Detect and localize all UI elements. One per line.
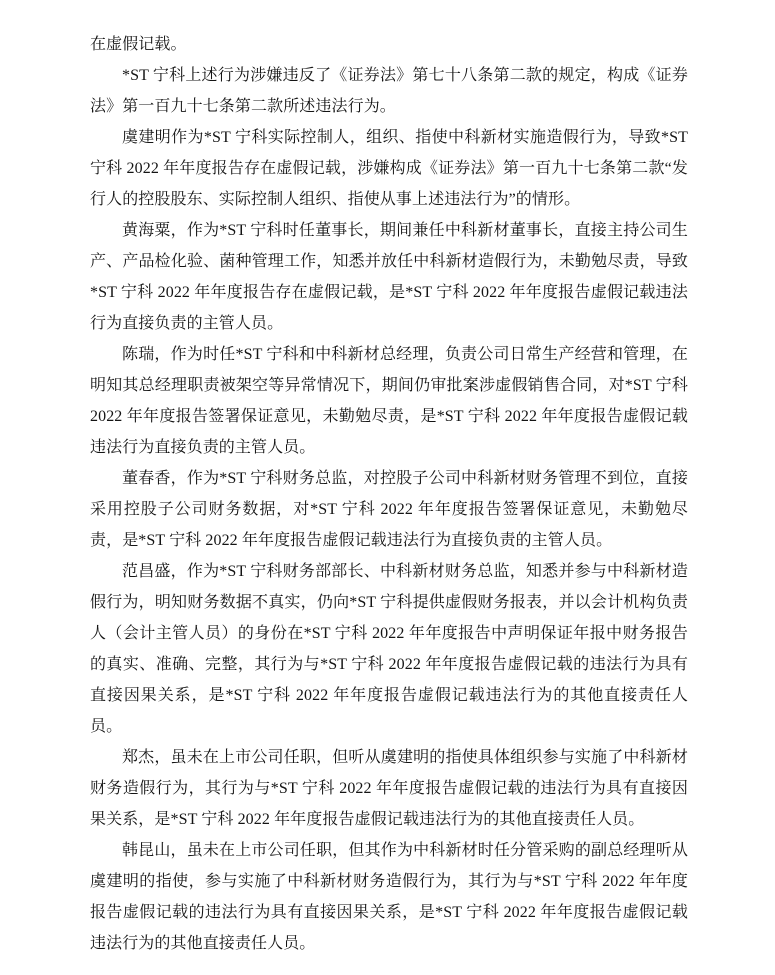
- paragraph: 在虚假记载。: [90, 29, 688, 60]
- document-body: 在虚假记载。*ST 宁科上述行为涉嫌违反了《证券法》第七十八条第二款的规定，构成…: [90, 29, 688, 959]
- paragraph: 黄海粟，作为*ST 宁科时任董事长，期间兼任中科新材董事长，直接主持公司生产、产…: [90, 215, 688, 339]
- document-page: 在虚假记载。*ST 宁科上述行为涉嫌违反了《证券法》第七十八条第二款的规定，构成…: [0, 0, 775, 975]
- paragraph: 郑杰，虽未在上市公司任职，但听从虞建明的指使具体组织参与实施了中科新材财务造假行…: [90, 742, 688, 835]
- paragraph: 陈瑞，作为时任*ST 宁科和中科新材总经理，负责公司日常生产经营和管理，在明知其…: [90, 339, 688, 463]
- paragraph: 范昌盛，作为*ST 宁科财务部部长、中科新材财务总监，知悉并参与中科新材造假行为…: [90, 556, 688, 742]
- paragraph: 韩昆山，虽未在上市公司任职，但其作为中科新材时任分管采购的副总经理听从虞建明的指…: [90, 835, 688, 959]
- paragraph: 董春香，作为*ST 宁科财务总监，对控股子公司中科新材财务管理不到位，直接采用控…: [90, 463, 688, 556]
- paragraph: 虞建明作为*ST 宁科实际控制人，组织、指使中科新材实施造假行为，导致*ST 宁…: [90, 122, 688, 215]
- paragraph: *ST 宁科上述行为涉嫌违反了《证券法》第七十八条第二款的规定，构成《证券法》第…: [90, 60, 688, 122]
